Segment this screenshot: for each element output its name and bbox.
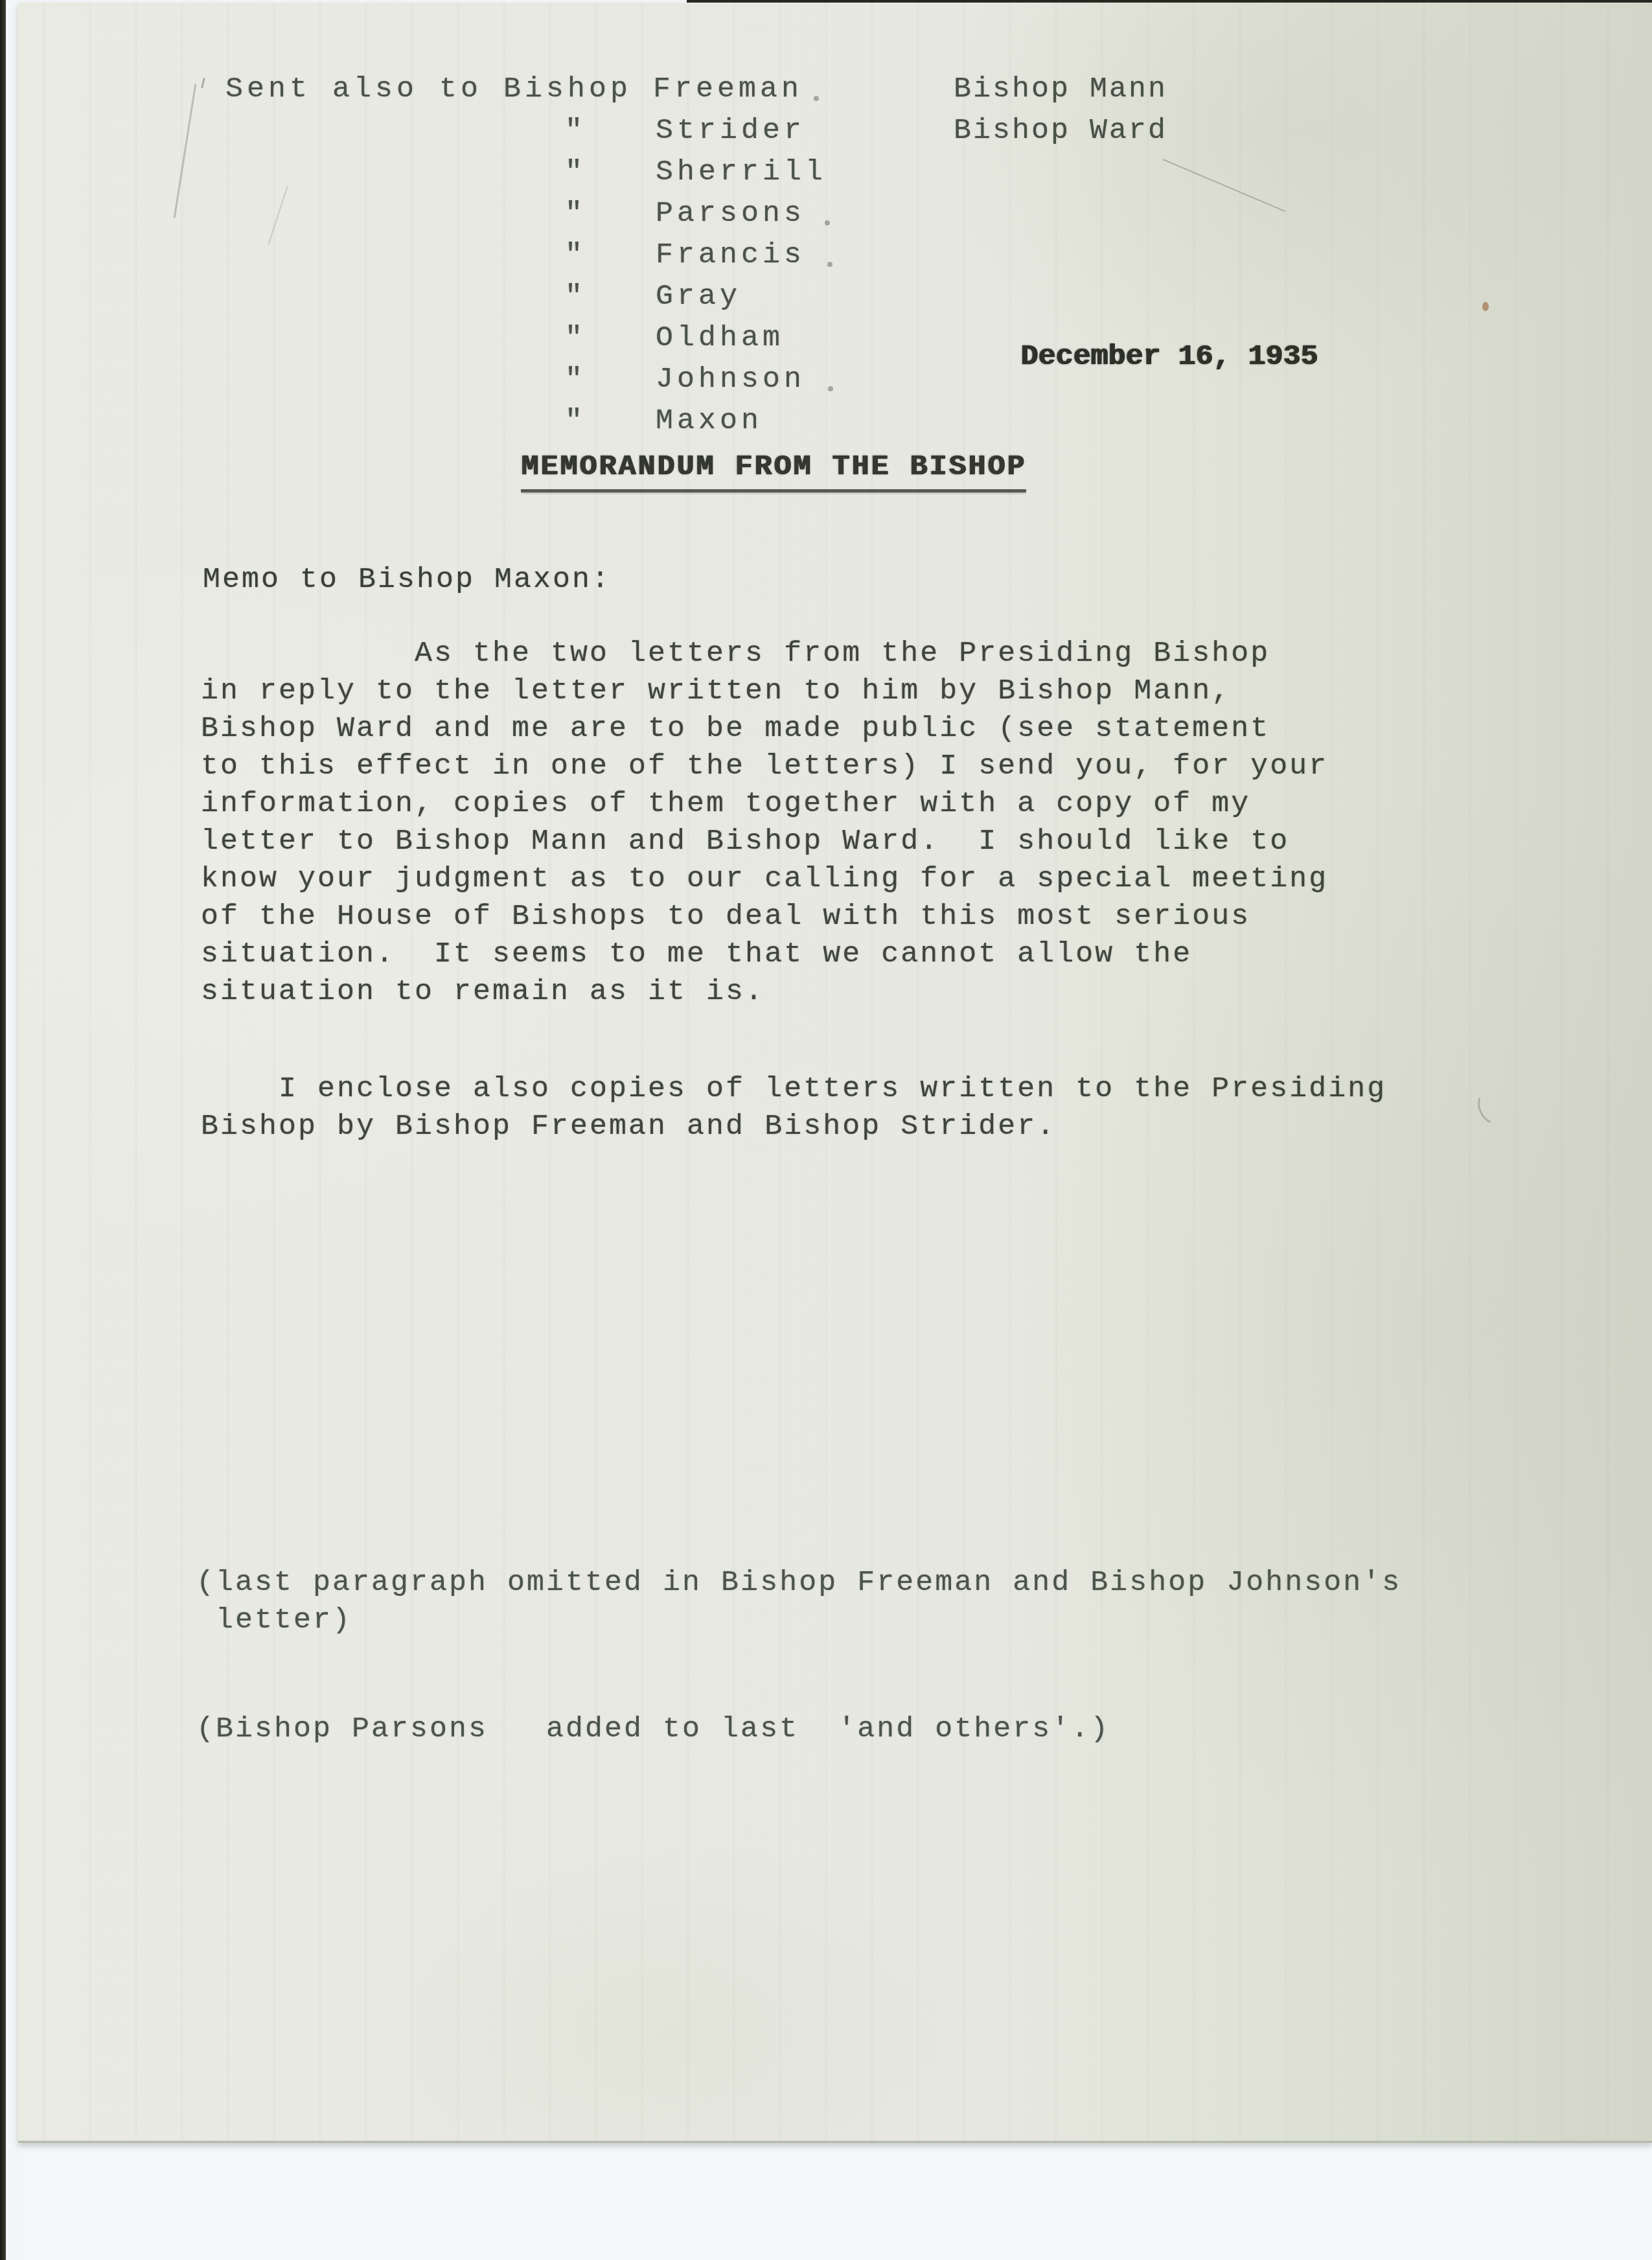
distribution-also-recipients: Bishop Mann Bishop Ward	[954, 69, 1167, 152]
distribution-ditto-column: " " " " " " " "	[565, 110, 586, 442]
scanner-edge-left	[0, 0, 6, 2260]
scan-backing-left	[6, 0, 19, 2260]
annotation-parsons-note: (Bishop Parsons added to last 'and other…	[196, 1711, 1110, 1748]
annotation-omitted-note: (last paragraph omitted in Bishop Freema…	[196, 1564, 1401, 1639]
memo-paragraph-2: I enclose also copies of letters written…	[201, 1070, 1386, 1146]
distribution-sent-line: Sent also to Bishop Freeman	[225, 69, 803, 110]
memo-title: MEMORANDUM FROM THE BISHOP	[521, 451, 1026, 492]
date-line: December 16, 1935	[1020, 341, 1318, 373]
memo-paragraph-1: As the two letters from the Presiding Bi…	[201, 635, 1328, 1011]
scanned-memorandum-page: { "colors": { "paper": "#e7e8e0", "ink":…	[0, 0, 1652, 2260]
distribution-names-column: Strider Sherrill Parsons Francis Gray Ol…	[656, 110, 827, 442]
salutation: Memo to Bishop Maxon:	[203, 561, 611, 599]
